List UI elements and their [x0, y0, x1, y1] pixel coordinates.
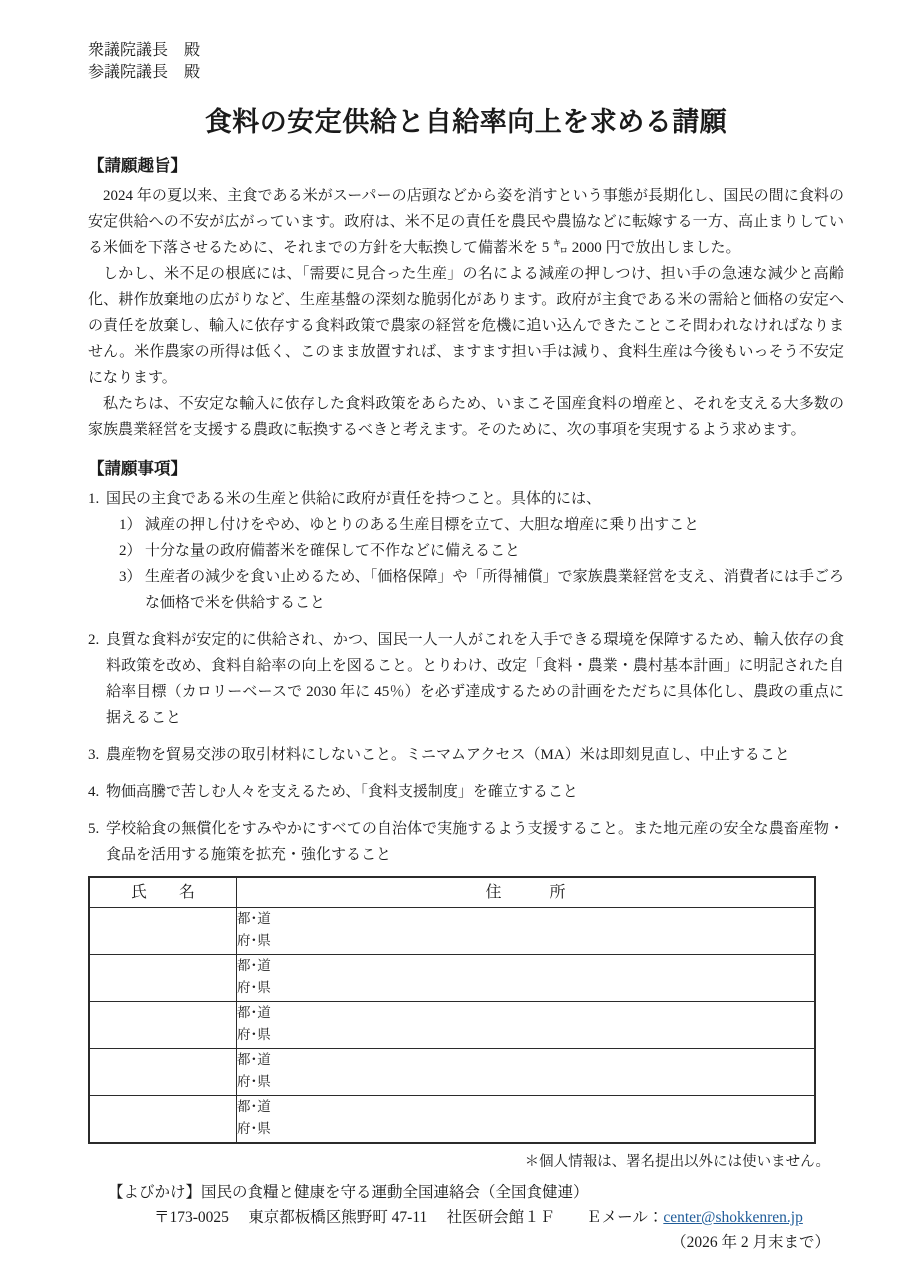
name-cell — [89, 1096, 237, 1144]
signature-row: 都･道 府･県 — [89, 1002, 815, 1049]
petition-item: 1. 国民の主食である米の生産と供給に政府が責任を持つこと。具体的には、 1） … — [88, 486, 844, 616]
footer: 【よびかけ】国民の食糧と健康を守る運動全国連絡会（全国食健連） 〒173-002… — [88, 1180, 844, 1255]
page-title: 食料の安定供給と自給率向上を求める請願 — [88, 104, 844, 140]
items-section: 【請願事項】 1. 国民の主食である米の生産と供給に政府が責任を持つこと。具体的… — [88, 457, 844, 868]
signature-row: 都･道 府･県 — [89, 908, 815, 955]
subitem-number: 2） — [119, 538, 142, 564]
item-number: 1. — [88, 486, 99, 512]
signature-row: 都･道 府･県 — [89, 1049, 815, 1096]
addressee-line: 衆議院議長 殿 — [88, 40, 844, 62]
privacy-note: ＊個人情報は、署名提出以外には使いません。 — [88, 1152, 830, 1172]
prefecture-label-line: 都･道 — [237, 908, 814, 930]
purpose-paragraph: 私たちは、不安定な輸入に依存した食料政策をあらため、いまこそ国産食料の増産と、そ… — [88, 391, 844, 443]
prefecture-label-line: 都･道 — [237, 955, 814, 977]
signature-table: 氏 名 住 所 都･道 府･県 都･道 府･県 — [88, 876, 816, 1144]
name-cell — [89, 955, 237, 1002]
purpose-paragraph: 2024 年の夏以来、主食である米がスーパーの店頭などから姿を消すという事態が長… — [88, 183, 844, 261]
item-text: 農産物を貿易交渉の取引材料にしないこと。ミニマムアクセス（MA）米は即刻見直し、… — [106, 747, 790, 763]
petition-item: 4. 物価高騰で苦しむ人々を支えるため、「食料支援制度」を確立すること — [88, 779, 844, 805]
item-number: 5. — [88, 816, 99, 842]
item-number: 3. — [88, 742, 99, 768]
prefecture-label-line: 府･県 — [237, 1071, 814, 1093]
purpose-heading: 【請願趣旨】 — [88, 154, 844, 178]
purpose-section: 【請願趣旨】 2024 年の夏以来、主食である米がスーパーの店頭などから姿を消す… — [88, 154, 844, 443]
addressees: 衆議院議長 殿 参議院議長 殿 — [88, 40, 844, 84]
email-link[interactable]: center@shokkenren.jp — [663, 1209, 803, 1226]
prefecture-label-line: 府･県 — [237, 977, 814, 999]
item-text: 物価高騰で苦しむ人々を支えるため、「食料支援制度」を確立すること — [106, 784, 578, 800]
subitem-number: 1） — [119, 512, 142, 538]
table-header-row: 氏 名 住 所 — [89, 877, 815, 908]
prefecture-label-line: 府･県 — [237, 1024, 814, 1046]
prefecture-label-line: 府･県 — [237, 1118, 814, 1140]
deadline-note: （2026 年 2 月末まで） — [88, 1230, 830, 1255]
petition-subitem: 1） 減産の押し付けをやめ、ゆとりのある生産目標を立て、大胆な増産に乗り出すこと — [119, 512, 844, 538]
addressee-line: 参議院議長 殿 — [88, 62, 844, 84]
address-cell: 都･道 府･県 — [237, 908, 816, 955]
prefecture-label-line: 府･県 — [237, 930, 814, 952]
petition-item: 3. 農産物を貿易交渉の取引材料にしないこと。ミニマムアクセス（MA）米は即刻見… — [88, 742, 844, 768]
item-text: 良質な食料が安定的に供給され、かつ、国民一人一人がこれを入手できる環境を保障する… — [106, 632, 844, 726]
organizer-line: 【よびかけ】国民の食糧と健康を守る運動全国連絡会（全国食健連） — [88, 1180, 844, 1205]
prefecture-label-line: 都･道 — [237, 1096, 814, 1118]
petition-subitem: 3） 生産者の減少を食い止めるため、「価格保障」や「所得補償」で家族農業経営を支… — [119, 564, 844, 616]
subitem-text: 減産の押し付けをやめ、ゆとりのある生産目標を立て、大胆な増産に乗り出すこと — [145, 517, 699, 533]
prefecture-label-line: 都･道 — [237, 1002, 814, 1024]
address-column-header: 住 所 — [237, 877, 816, 908]
name-column-header: 氏 名 — [89, 877, 237, 908]
purpose-paragraph: しかし、米不足の根底には、「需要に見合った生産」の名による減産の押しつけ、担い手… — [88, 261, 844, 391]
signature-row: 都･道 府･県 — [89, 1096, 815, 1144]
name-cell — [89, 1049, 237, 1096]
name-cell — [89, 1002, 237, 1049]
petition-subitem: 2） 十分な量の政府備蓄米を確保して不作などに備えること — [119, 538, 844, 564]
contact-line: 〒173-0025 東京都板橋区熊野町 47-11 社医研会館１Ｆ Ｅメール：c… — [88, 1205, 844, 1230]
item-text: 国民の主食である米の生産と供給に政府が責任を持つこと。具体的には、 — [106, 491, 601, 507]
items-heading: 【請願事項】 — [88, 457, 844, 481]
address-cell: 都･道 府･県 — [237, 1002, 816, 1049]
address-cell: 都･道 府･県 — [237, 955, 816, 1002]
item-text: 学校給食の無償化をすみやかにすべての自治体で実施するよう支援すること。また地元産… — [106, 821, 844, 863]
subitem-text: 十分な量の政府備蓄米を確保して不作などに備えること — [145, 543, 520, 559]
petition-document: 衆議院議長 殿 参議院議長 殿 食料の安定供給と自給率向上を求める請願 【請願趣… — [0, 0, 900, 1272]
name-cell — [89, 908, 237, 955]
petition-item: 5. 学校給食の無償化をすみやかにすべての自治体で実施するよう支援すること。また… — [88, 816, 844, 868]
contact-address: 〒173-0025 東京都板橋区熊野町 47-11 社医研会館１Ｆ Ｅメール： — [154, 1209, 663, 1226]
petition-item: 2. 良質な食料が安定的に供給され、かつ、国民一人一人がこれを入手できる環境を保… — [88, 627, 844, 731]
prefecture-label-line: 都･道 — [237, 1049, 814, 1071]
subitem-number: 3） — [119, 564, 142, 590]
address-cell: 都･道 府･県 — [237, 1049, 816, 1096]
signature-row: 都･道 府･県 — [89, 955, 815, 1002]
item-number: 2. — [88, 627, 99, 653]
address-cell: 都･道 府･県 — [237, 1096, 816, 1144]
item-number: 4. — [88, 779, 99, 805]
subitem-text: 生産者の減少を食い止めるため、「価格保障」や「所得補償」で家族農業経営を支え、消… — [145, 569, 844, 611]
